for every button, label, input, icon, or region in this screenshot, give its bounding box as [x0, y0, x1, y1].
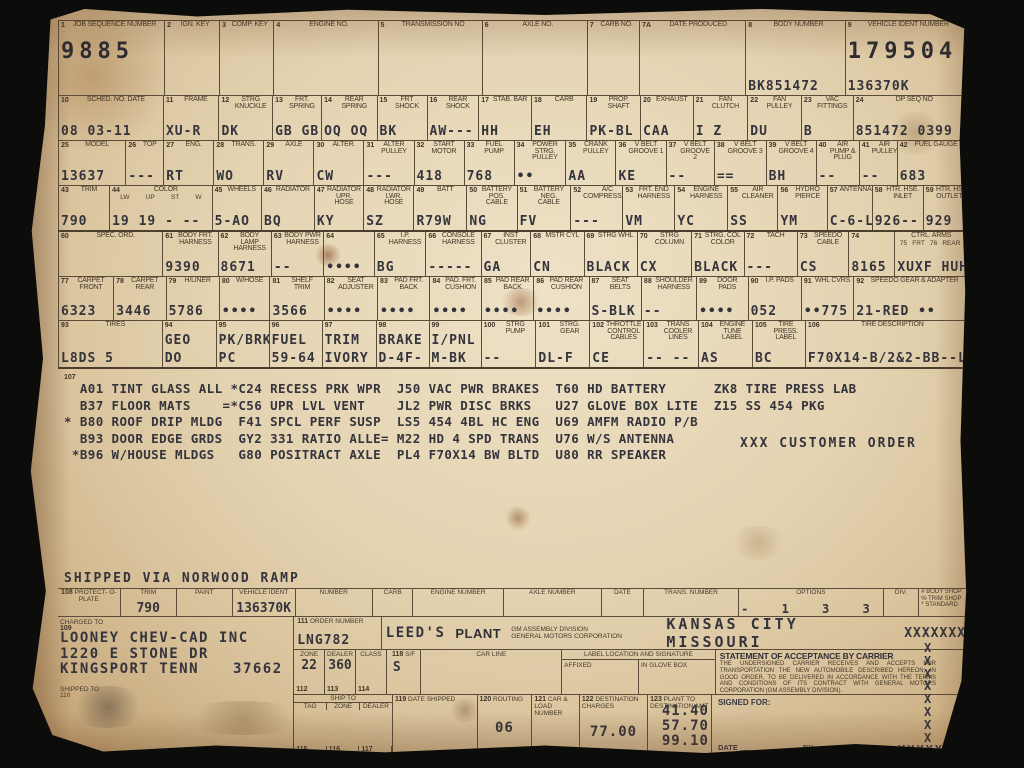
field-50: 50BATTERY POS. CABLENG: [466, 186, 516, 230]
by-signature-line: [815, 750, 925, 751]
field-number: 72: [747, 233, 755, 240]
field-number: 34: [517, 142, 525, 149]
field-36: 36V BELT GROOVE 1KE: [615, 141, 665, 185]
field-number: 83: [380, 278, 388, 285]
field-header: 49BATT: [416, 187, 464, 194]
order-plant-row: 111 ORDER NUMBER LNG782 LEED'S PLANT GM …: [294, 617, 966, 650]
field-77: 77CARPET FRONT6323: [58, 277, 113, 320]
field-label: BATTERY POS. CABLE: [479, 187, 514, 207]
field-19: 19PROP. SHAFTPK-BL: [586, 96, 640, 140]
field-label: STRG WHL: [596, 233, 635, 240]
field-5: 5TRANSMISSION NO: [378, 21, 482, 95]
field-header: 92SPEEDO GEAR & ADAPTER: [856, 278, 963, 285]
field-header: 53FRT. END HARNESS: [625, 187, 672, 200]
field-header: 20EXHAUST: [643, 97, 691, 104]
field-value: -- --: [646, 352, 696, 366]
field-header: 23VAC FITTINGS: [804, 97, 851, 110]
field-value: CX: [640, 261, 689, 275]
field-label: COMP. KEY: [228, 22, 271, 29]
build-sheet-paper: 1JOB SEQUENCE NUMBER98852IGN. KEY3COMP. …: [28, 6, 968, 756]
dealer-city-zip: KINGSPORT TENN37662: [60, 662, 293, 678]
field-ctrl-arms: CTRL. ARMS75FRT76REARXUXF HUHD: [894, 232, 966, 276]
field-header: 89DOOR PADS: [699, 278, 746, 291]
field-26: 26TOP---: [125, 141, 163, 185]
field-number: 19: [589, 97, 597, 104]
field-value: DL-F: [538, 352, 587, 366]
field-value: 13637: [61, 170, 123, 184]
field-label: W/HOSE: [232, 278, 268, 285]
field-number: 80: [222, 278, 230, 285]
field-70: 70STRG COLUMNCX: [637, 232, 691, 276]
field-9: 9VEHICLE IDENT NUMBER179504136370K: [845, 21, 966, 95]
field-value: HH: [481, 125, 529, 139]
class-column: CLASS 114: [356, 650, 386, 694]
field-label: VAC FITTINGS: [814, 97, 851, 110]
dealer-name: LOONEY CHEV-CAD INC: [60, 631, 293, 647]
field-value: CN: [533, 261, 581, 275]
field-header: 59HTR. HS OUTLET: [926, 187, 963, 200]
field-6: 6AXLE NO.: [482, 21, 587, 95]
field-mid-value: I/PNL: [432, 333, 479, 348]
field-header: 45WHEELS: [215, 187, 259, 194]
field-number: 91: [804, 278, 812, 285]
field-value: SS: [730, 215, 775, 229]
field-105: 105TIRE PRESS. LABELBC: [752, 321, 805, 367]
field-value: 9390: [165, 261, 215, 275]
field-label: TOP: [138, 142, 161, 149]
field-number: 103: [646, 322, 658, 329]
sub-label: UP: [146, 194, 155, 201]
field-header: 101STRG. GEAR: [538, 322, 587, 335]
gm-division-text: GM ASSEMBLY DIVISION GENERAL MOTORS CORP…: [511, 626, 622, 640]
routing-charges-row: SHIP TO TAG ZONE DEALER 115 116 117: [294, 694, 966, 754]
field-117: 117: [359, 746, 392, 754]
field-header: 44COLOR: [112, 187, 210, 194]
charged-to-block: CHARGED TO 109 LOONEY CHEV-CAD INC 1220 …: [58, 617, 293, 754]
field-header: 100STRG PUMP: [484, 322, 534, 335]
field-42: 42FUEL GAUGE683: [897, 141, 966, 185]
field-header: 60SPEC. ORD.: [61, 233, 160, 240]
field-label: STAB. BAR: [491, 97, 529, 104]
field-61: 61BODY FRT. HARNESS9390: [162, 232, 217, 276]
field-number: 102: [592, 322, 604, 329]
field-number: 104: [701, 322, 713, 329]
grid-row-1: 1JOB SEQUENCE NUMBER98852IGN. KEY3COMP. …: [58, 21, 966, 96]
field-number: 79: [169, 278, 177, 285]
plant-name: LEED'S: [386, 625, 446, 641]
field-header: 10SCHED. NO. DATE: [61, 97, 161, 104]
field-label: SCHED. NO. DATE: [71, 97, 161, 104]
field-label: SEAT ADJUSTER: [337, 278, 376, 291]
field-116: 116: [327, 746, 360, 754]
field-header: 38V BELT GROOVE 3: [717, 142, 764, 155]
field-number: 95: [219, 322, 227, 329]
field-header: 29AXLE: [266, 142, 311, 149]
grid-row-7: 93TIRESL8DS 594GEODO95PK/BRKPC96FUEL59-6…: [58, 321, 966, 369]
zone-value: 22: [296, 658, 322, 673]
field-value: VM: [625, 215, 672, 229]
gm-assembly-division: GM ASSEMBLY DIVISION: [511, 626, 588, 633]
field-69: 69STRG WHLBLACK: [584, 232, 637, 276]
field-label: REAR SPRING: [334, 97, 375, 110]
field-label: REAR SHOCK: [439, 97, 476, 110]
field-value: 9885: [61, 45, 162, 59]
field-56: 56HYDRO PIERCEYM: [777, 186, 826, 230]
field-number: 20: [643, 97, 651, 104]
field-number: 39: [769, 142, 777, 149]
field-header: 82SEAT ADJUSTER: [327, 278, 375, 291]
field-header: 19PROP. SHAFT: [589, 97, 638, 110]
field-number: 88: [644, 278, 652, 285]
field-label: BODY LAMP HARNESS: [230, 233, 269, 253]
field-value: XU-R: [166, 125, 216, 139]
field-label: TRANSMISSION NO: [386, 22, 479, 29]
field-label: ALTER PULLEY: [376, 142, 411, 155]
field-number: 93: [61, 322, 69, 329]
field-header: 106TIRE DESCRIPTION: [808, 322, 963, 329]
field-label: CONSOLE HARNESS: [438, 233, 478, 246]
field-header: 13FRT. SPRING: [275, 97, 319, 110]
field-number: 42: [900, 142, 908, 149]
field-value: CAA: [643, 125, 691, 139]
sub-label: LW: [120, 194, 129, 201]
field-number: 9: [848, 22, 852, 29]
field-header: 62BODY LAMP HARNESS: [221, 233, 269, 253]
field-header: 42FUEL GAUGE: [900, 142, 963, 149]
field-101: 101STRG. GEARDL-F: [535, 321, 589, 367]
field-93: 93TIRESL8DS 5: [58, 321, 162, 367]
field-22: 22FAN PULLEYDU: [747, 96, 801, 140]
field-label: RADIATOR UPR. HOSE: [327, 187, 362, 207]
field-label: SPEEDO CABLE: [810, 233, 847, 246]
field-8: 8BODY NUMBERBK851472: [745, 21, 844, 95]
field-number: 32: [417, 142, 425, 149]
sf-text: S/F: [405, 651, 415, 658]
field-number: 8: [748, 22, 752, 29]
field-value: PC: [219, 352, 267, 366]
field-label: TRIM: [71, 187, 107, 194]
field-79: 79H/LINER5786: [166, 277, 219, 320]
field-value: NG: [469, 215, 514, 229]
options-field-number: 107: [64, 374, 972, 381]
field-label: BODY FRT. HARNESS: [175, 233, 215, 246]
field-63: 63BODY PWR HARNESS--: [271, 232, 323, 276]
field-number: 60: [61, 233, 69, 240]
field-value: BQ: [264, 215, 312, 229]
stain: [506, 504, 530, 532]
field-67: 67INST CLUSTERGA: [481, 232, 531, 276]
field-number: 105: [755, 322, 767, 329]
field-16: 16REAR SHOCKAW---: [427, 96, 479, 140]
plant-city: KANSAS CITY MISSOURI: [666, 617, 904, 649]
field-header: 55AIR CLEANER: [730, 187, 775, 200]
field-header: 78CARPET REAR: [116, 278, 163, 291]
field-91: 91WHL CVRS••775: [801, 277, 853, 320]
field-label: STRG PUMP: [497, 322, 533, 335]
statement-title: STATEMENT OF ACCEPTANCE BY CARRIER: [720, 651, 936, 661]
field-number: 40: [819, 142, 827, 149]
option-line: * B80 ROOF DRIP MLDG F41 SPCL PERF SUSP …: [64, 414, 972, 431]
field-value: BLACK: [694, 261, 741, 275]
field-100: 100STRG PUMP--: [481, 321, 536, 367]
field-96: 96FUEL59-64: [269, 321, 322, 367]
routing-box: 120 ROUTING 06: [478, 695, 533, 754]
field-number: 26: [128, 142, 136, 149]
ship-to-columns: TAG ZONE DEALER: [294, 703, 392, 710]
field-value: ••••: [380, 305, 427, 319]
affixed-cell: AFFIXED: [562, 660, 639, 694]
field-header: 8BODY NUMBER: [748, 22, 842, 29]
field-number: 49: [416, 187, 424, 194]
order-number-value: LNG782: [297, 633, 378, 648]
field-14: 14REAR SPRINGOQ OQ: [321, 96, 376, 140]
sub-label: ST: [171, 194, 179, 201]
field-header: 22FAN PULLEY: [750, 97, 799, 110]
field-value: ••: [517, 170, 564, 184]
field-label: COLOR: [122, 187, 210, 194]
field-number: 57: [830, 187, 838, 194]
protect-header: TRIM: [123, 589, 174, 596]
field-label: DOOR PADS: [709, 278, 746, 291]
field-label: STRG COLUMN: [650, 233, 689, 246]
x-mark: X: [924, 706, 944, 719]
field-value: OQ OQ: [324, 125, 374, 139]
field-value: R79W: [416, 215, 464, 229]
field-value: BC: [755, 352, 803, 366]
field-label: FRT. END HARNESS: [635, 187, 672, 200]
class-label: CLASS: [358, 651, 384, 658]
field-number: 85: [484, 278, 492, 285]
field-104: 104ENGINE TUNE LABELAS: [698, 321, 752, 367]
amount-2: 57.70: [650, 719, 709, 734]
field-99: 99I/PNLM-BK: [429, 321, 481, 367]
field-85: 85PAD REAR BACK••••: [481, 277, 533, 320]
field-number: 68: [533, 233, 541, 240]
field-label: A/C COMPRESSOR: [583, 187, 622, 200]
field-label: PAD. FRT. CUSHION: [442, 278, 479, 291]
date-label: DATE: [718, 743, 738, 752]
field-number: 16: [430, 97, 438, 104]
field-value: 6323: [61, 305, 111, 319]
field-24: 24DP SEQ NO851472 0399: [853, 96, 966, 140]
field-number: 48: [366, 187, 374, 194]
field-label: HTR. HS OUTLET: [936, 187, 963, 200]
field-25: 25MODEL13637: [58, 141, 125, 185]
field-value: ••••: [326, 261, 372, 275]
sf-box: 118 S/F S: [387, 650, 422, 694]
field-number: 4: [276, 22, 280, 29]
dealer-value: 360: [327, 658, 353, 673]
field-55: 55AIR CLEANERSS: [727, 186, 777, 230]
field-mid-value: GEO: [165, 333, 214, 348]
field-value: CW: [316, 170, 361, 184]
field-value: --: [274, 261, 321, 275]
option-line: A01 TINT GLASS ALL *C24 RECESS PRK WPR J…: [64, 381, 972, 398]
date-signature-line: [740, 750, 795, 751]
field-header: 71STRG. COL COLOR: [694, 233, 741, 246]
protect-header: TRANS. NUMBER: [646, 589, 736, 596]
field-value: ••••: [432, 305, 479, 319]
field-value: 8165: [851, 261, 892, 275]
field-value: 768: [467, 170, 512, 184]
field-84: 84PAD. FRT. CUSHION••••: [429, 277, 481, 320]
field-header: 47RADIATOR UPR. HOSE: [317, 187, 361, 207]
field-header: 66CONSOLE HARNESS: [428, 233, 478, 246]
field-header: 51BATTERY NEG. CABLE: [520, 187, 569, 207]
field-number: 70: [640, 233, 648, 240]
field-number: 78: [116, 278, 124, 285]
option-line: B37 FLOOR MATS =*C56 UPR LVL VENT JL2 PW…: [64, 398, 972, 415]
field-label: MSTR CYL: [543, 233, 582, 240]
shipped-to-number: 110: [60, 692, 70, 699]
field-number: 97: [325, 322, 333, 329]
field-label: V BELT GROOVE 2: [678, 142, 712, 162]
protect-cell-trim: TRIM790: [120, 589, 176, 616]
field-number: 61: [165, 233, 173, 240]
field-header: 98: [379, 322, 427, 329]
field-header: 5TRANSMISSION NO: [381, 22, 480, 29]
field-58: 58HTR. HSE. INLET926--: [872, 186, 923, 230]
car-load-box: 121 CAR & LOAD NUMBER: [532, 695, 580, 754]
field-value: 929: [926, 215, 963, 229]
field-74: 748165: [848, 232, 894, 276]
field-header: 2IGN. KEY: [167, 22, 217, 29]
dealer-plant-row: CHARGED TO 109 LOONEY CHEV-CAD INC 1220 …: [58, 617, 966, 754]
field-51: 51BATTERY NEG. CABLEFV: [517, 186, 571, 230]
field-label: V BELT GROOVE 3: [727, 142, 764, 155]
field-value: DK: [221, 125, 270, 139]
field-label: AIR PUMP & PLUG: [828, 142, 856, 162]
field-header: 15FRT SHOCK: [380, 97, 425, 110]
field-number: 101: [538, 322, 550, 329]
field-number: 67: [484, 233, 492, 240]
protect-label: TRANS. NUMBER: [664, 589, 718, 596]
dealer-city: KINGSPORT TENN: [60, 661, 199, 677]
field-90: 90I.P. PADS052: [748, 277, 801, 320]
dealer-column: DEALER 360 113: [325, 650, 356, 694]
field-13: 13FRT. SPRINGGB GB: [272, 96, 321, 140]
routing-label: 120 ROUTING: [480, 696, 530, 703]
field-value: GA: [484, 261, 529, 275]
field-label: I.P. PADS: [760, 278, 799, 285]
field-header: 102THROTTLE CONTROL CABLES: [592, 322, 641, 342]
field-header: 64: [326, 233, 372, 240]
field-header: 104ENGINE TUNE LABEL: [701, 322, 750, 342]
field-number: 58: [875, 187, 883, 194]
field-number: 69: [587, 233, 595, 240]
field-header: 21FAN CLUTCH: [696, 97, 746, 110]
field-86: 86PAD REAR CUSHION••••: [533, 277, 588, 320]
field-45: 45WHEELS5-AO: [212, 186, 261, 230]
field-118: 118: [392, 651, 403, 658]
field-number: 51: [520, 187, 528, 194]
field-97: 97TRIMIVORY: [322, 321, 376, 367]
field-number: 74: [851, 233, 859, 240]
field-31: 31ALTER PULLEY---: [363, 141, 413, 185]
field-number: 31: [366, 142, 374, 149]
field-number: 14: [324, 97, 332, 104]
field-1: 1JOB SEQUENCE NUMBER9885: [58, 21, 164, 95]
field-label: BATTERY NEG. CABLE: [529, 187, 568, 207]
field-header: 18CARB: [534, 97, 584, 104]
field-53: 53FRT. END HARNESSVM: [622, 186, 674, 230]
field-39: 39V BELT GROOVE 4BH: [766, 141, 816, 185]
field-label: PAD REAR BACK: [494, 278, 532, 291]
field-header: 16REAR SHOCK: [430, 97, 477, 110]
field-header: 88SHOULDER HARNESS: [644, 278, 694, 291]
car-load-label: 121 CAR & LOAD NUMBER: [534, 696, 577, 717]
protect-cell-axle-number: AXLE NUMBER: [503, 589, 601, 616]
sf-value: S: [393, 660, 419, 675]
field-number: 81: [272, 278, 280, 285]
field-header: 28TRANS.: [216, 142, 261, 149]
field-12: 12STRG KNUCKLEDK: [218, 96, 272, 140]
protect-label: PROTECT- O-PLATE: [75, 589, 117, 603]
field-47: 47RADIATOR UPR. HOSEKY: [314, 186, 363, 230]
date-shipped-text: DATE SHIPPED: [408, 696, 455, 703]
field-number: 77: [61, 278, 69, 285]
field-header: 54ENGINE HARNESS: [677, 187, 725, 200]
routing-value: 06: [495, 720, 514, 736]
field-59: 59HTR. HS OUTLET929: [923, 186, 966, 230]
field-value: I Z: [696, 125, 746, 139]
field-value: 3566: [272, 305, 321, 319]
field-label: H/LINER: [178, 278, 217, 285]
field-mid-value: FUEL: [272, 333, 320, 348]
order-number-field: 111: [297, 618, 308, 625]
field-value: B: [804, 125, 851, 139]
shipped-to-label: SHIPPED TO 110: [60, 687, 293, 700]
field-number: 3: [222, 22, 226, 29]
field-number: 96: [272, 322, 280, 329]
date-shipped-box: 119 DATE SHIPPED: [393, 695, 478, 754]
field-54: 54ENGINE HARNESSYC: [674, 186, 727, 230]
field-header: 91WHL CVRS: [804, 278, 851, 285]
field-number: 24: [856, 97, 864, 104]
field-header: 80W/HOSE: [222, 278, 268, 285]
field-value: 5-AO: [215, 215, 259, 229]
field-106: 106TIRE DESCRIPTIONF70X14-B/2&2-BB--LTR: [805, 321, 966, 367]
field-number: 89: [699, 278, 707, 285]
field-value: PK-BL: [589, 125, 638, 139]
field-number: 86: [536, 278, 544, 285]
amount-1: 41.40: [650, 704, 709, 719]
field-number: 18: [534, 97, 542, 104]
field-value: BH: [769, 170, 814, 184]
field-label: SPEC. ORD.: [71, 233, 161, 240]
field-value: ••••: [484, 305, 531, 319]
field-label: INST CLUSTER: [493, 233, 528, 246]
field-number: 1: [61, 22, 65, 29]
field-label: AIR CLEANER: [740, 187, 775, 200]
field-header: 32START MOTOR: [417, 142, 462, 155]
field-label: PROP. SHAFT: [599, 97, 638, 110]
field-value: --: [862, 170, 895, 184]
field-label: FAN CLUTCH: [706, 97, 746, 110]
label-location-box: LABEL LOCATION AND SIGNATURE AFFIXED IN …: [562, 650, 716, 694]
field-number: 25: [61, 142, 69, 149]
field-header: 3COMP. KEY: [222, 22, 271, 29]
field-header: 73SPEEDO CABLE: [800, 233, 847, 246]
field-label: V BELT GROOVE 4: [778, 142, 813, 155]
field-header: 85PAD REAR BACK: [484, 278, 531, 291]
field-number: 94: [165, 322, 173, 329]
destination-charges-value: 77.00: [590, 724, 637, 740]
field-value: RT: [166, 170, 211, 184]
field-value: ••••: [699, 305, 746, 319]
field-number: 47: [317, 187, 325, 194]
field-label: TRANS COOLER LINES: [660, 322, 696, 342]
